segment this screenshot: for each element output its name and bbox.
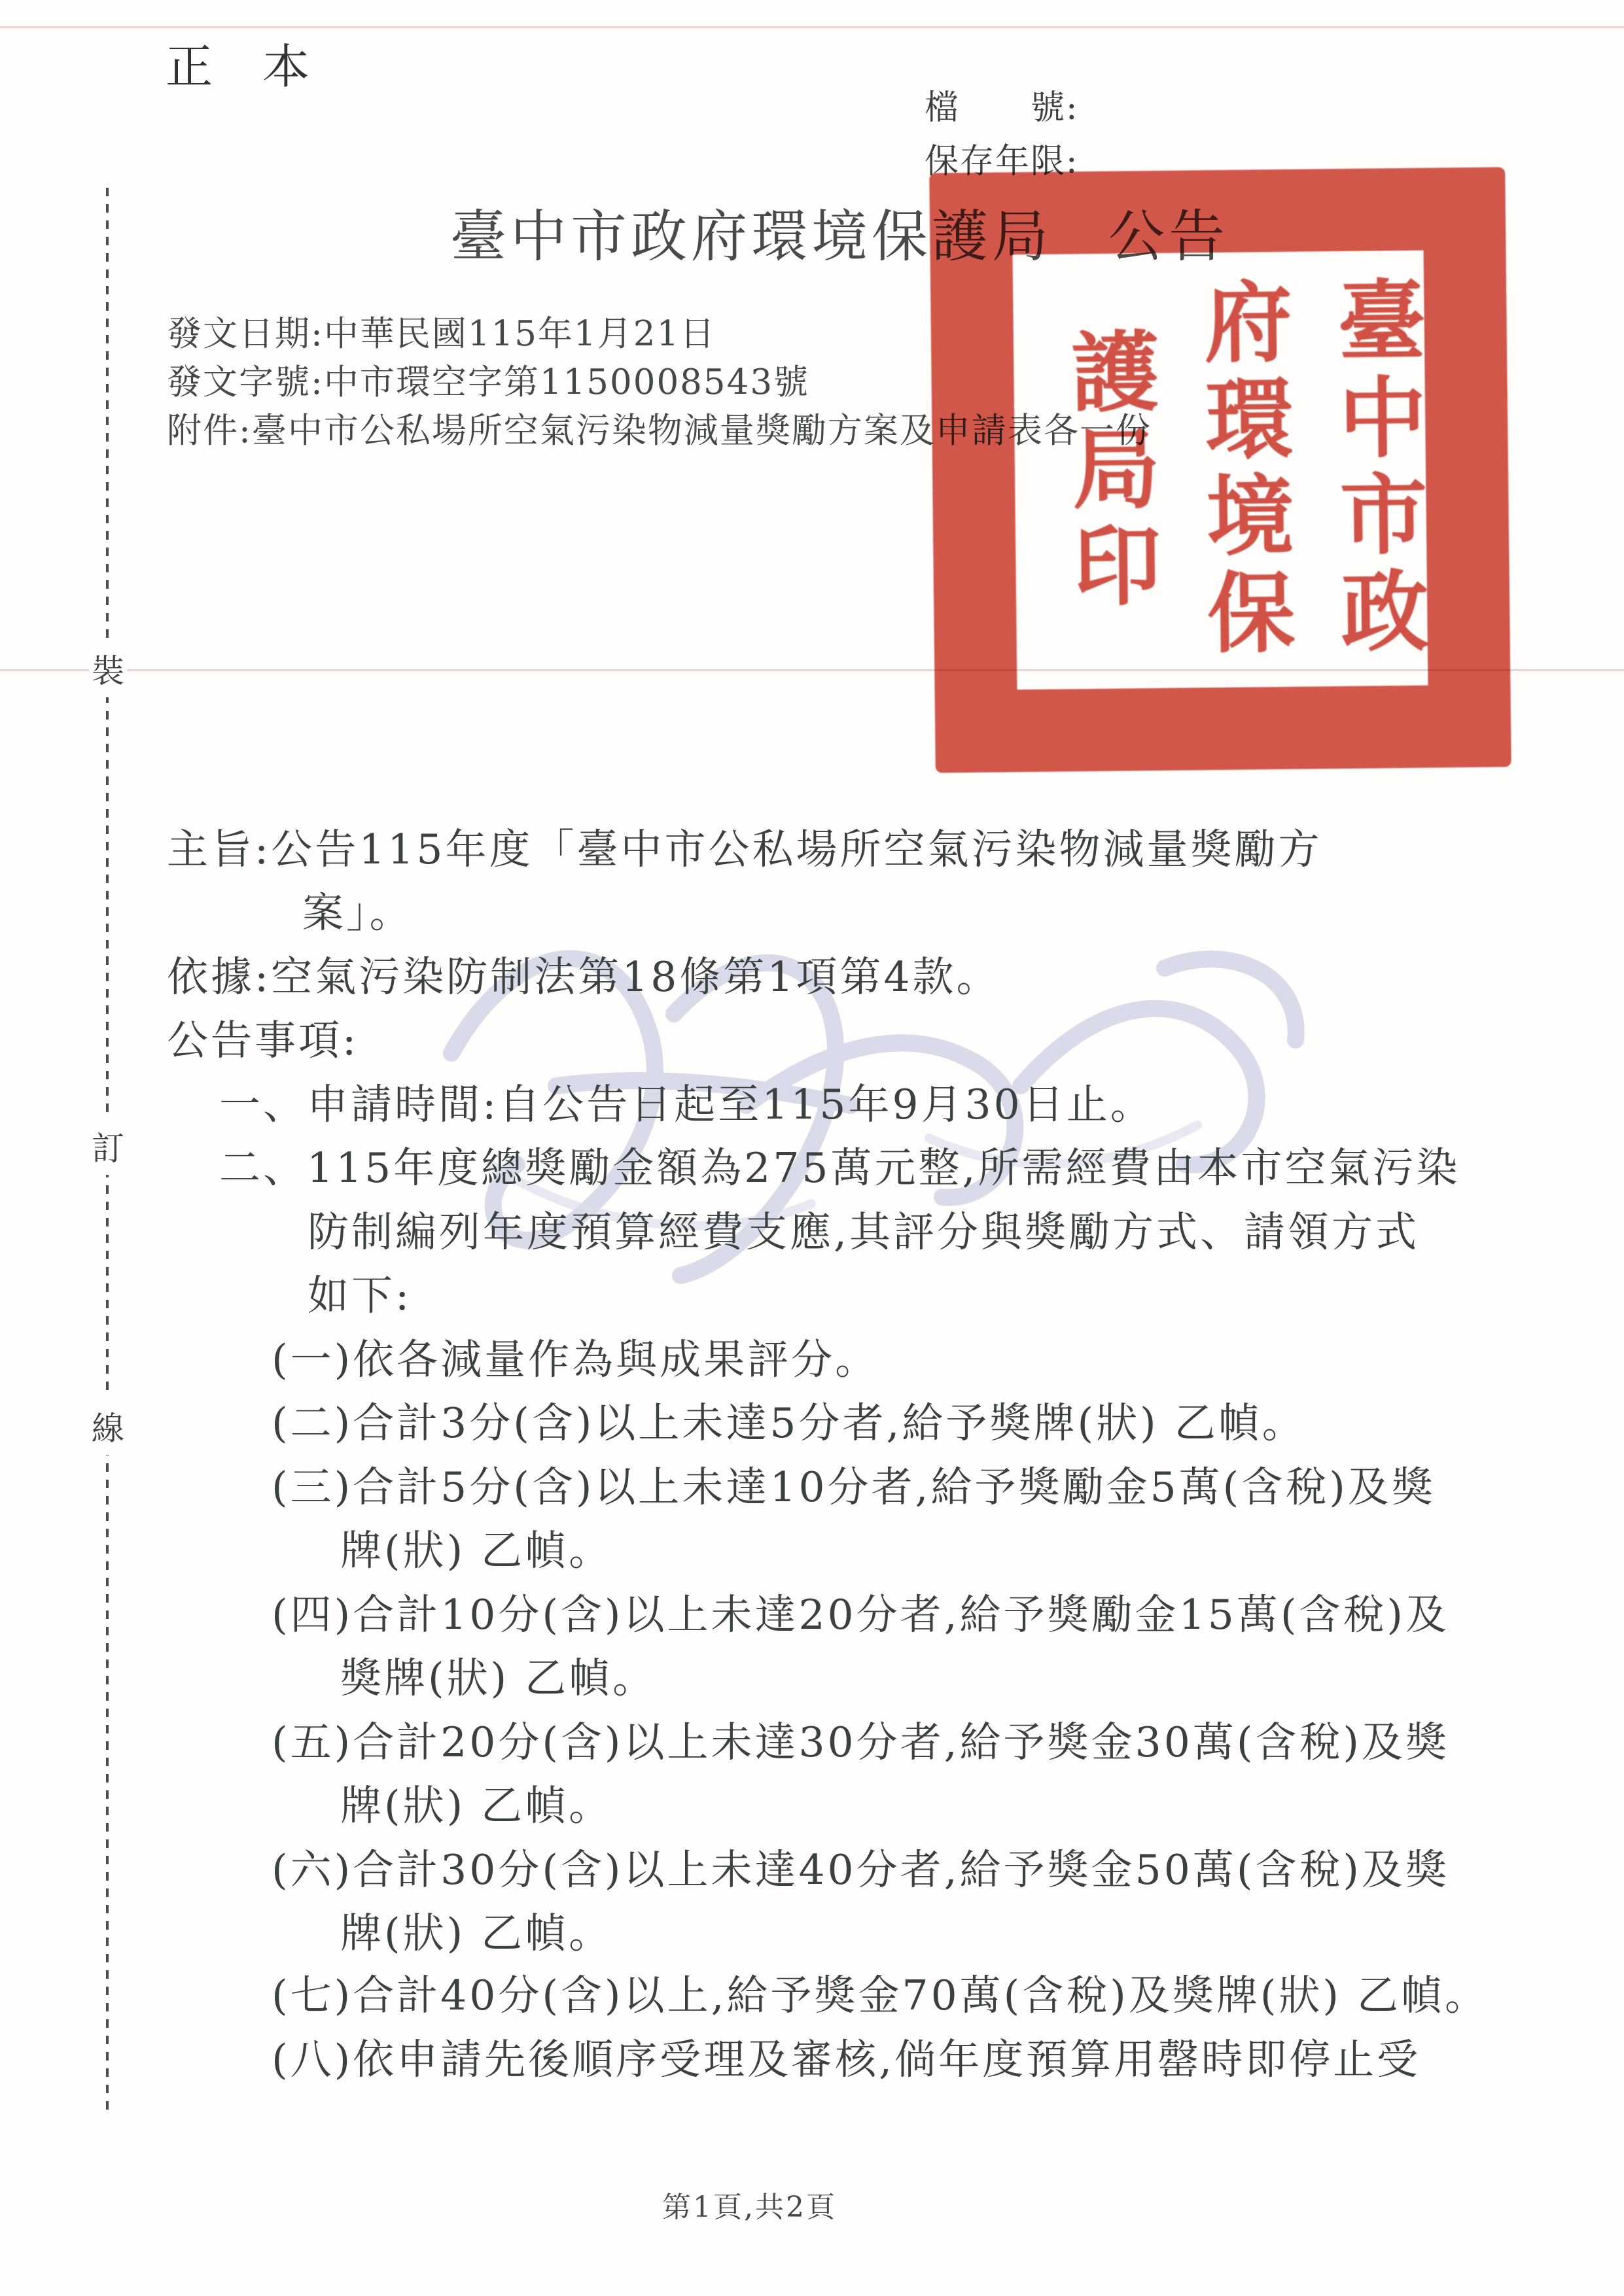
body-line: 牌(狀) 乙幀。: [340, 1773, 612, 1832]
body-line: 防制編列年度預算經費支應,其評分與獎勵方式、請領方式: [308, 1199, 1419, 1259]
body-line: 公告事項:: [167, 1007, 359, 1067]
body-line: 一、申請時間:自公告日起至115年9月30日止。: [219, 1071, 1154, 1131]
scan-fold-line: [0, 26, 1624, 28]
page-footer: 第1頁,共2頁: [662, 2183, 837, 2225]
body-line: 牌(狀) 乙幀。: [340, 1518, 612, 1577]
seal-text: 護局印 府環境保 臺中市政: [1014, 247, 1426, 693]
body-line: 牌(狀) 乙幀。: [340, 1900, 612, 1960]
binding-mark-ding: 訂: [89, 1117, 127, 1175]
body-line: 二、115年度總獎勵金額為275萬元整,所需經費由本市空氣污染: [219, 1135, 1460, 1194]
reference-number-line: 發文字號:中市環空字第1150008543號: [167, 355, 809, 404]
seal-text-column-right: 臺中市政: [1285, 253, 1423, 684]
body-line: (五)合計20分(含)以上未達30分者,給予獎金30萬(含稅)及獎: [272, 1709, 1449, 1769]
body-line: (二)合計3分(含)以上未達5分者,給予獎牌(狀) 乙幀。: [272, 1390, 1306, 1450]
body-line: (八)依申請先後順序受理及審核,倘年度預算用罄時即停止受: [272, 2026, 1421, 2086]
binding-mark-zhuang: 裝: [89, 640, 127, 697]
body-line: 獎牌(狀) 乙幀。: [340, 1645, 656, 1705]
body-line: (四)合計10分(含)以上未達20分者,給予獎勵金15萬(含稅)及: [272, 1582, 1449, 1641]
body-line: (六)合計30分(含)以上未達40分者,給予獎金50萬(含稅)及獎: [272, 1837, 1449, 1896]
body-line: 主旨:公告115年度「臺中市公私場所空氣污染物減量獎勵方: [167, 816, 1322, 876]
copy-type-label: 正 本: [166, 29, 311, 97]
body-line: (一)依各減量作為與成果評分。: [272, 1327, 879, 1386]
body-line: (七)合計40分(含)以上,給予獎金70萬(含稅)及獎牌(狀) 乙幀。: [272, 1962, 1489, 2022]
body-line: 如下:: [308, 1262, 412, 1322]
official-agency-seal: 護局印 府環境保 臺中市政: [929, 167, 1511, 773]
body-line: (三)合計5分(含)以上未達10分者,給予獎勵金5萬(含稅)及獎: [272, 1454, 1436, 1514]
body-line: 依據:空氣污染防制法第18條第1項第4款。: [167, 944, 1000, 1003]
file-number-label: 檔 號:: [925, 80, 1079, 133]
file-number-block: 檔 號: 保存年限:: [925, 80, 1079, 187]
issue-date-line: 發文日期:中華民國115年1月21日: [167, 306, 716, 356]
seal-text-column-left: 護局印: [1018, 256, 1156, 687]
binding-mark-xian: 線: [89, 1397, 127, 1455]
document-page: 正 本 檔 號: 保存年限: 臺中市政府環境保護局 公告 發文日期:中華民國11…: [0, 0, 1624, 2296]
seal-text-column-middle: 府環境保: [1152, 254, 1290, 686]
body-line: 案」。: [302, 880, 414, 939]
